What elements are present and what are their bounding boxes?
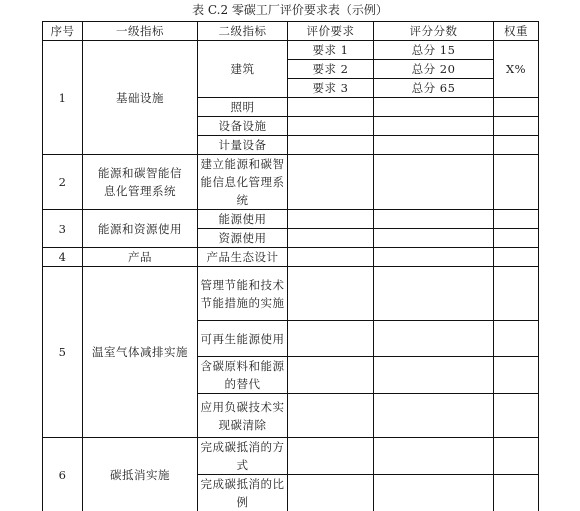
row-weight bbox=[494, 394, 539, 438]
header-score: 评分分数 bbox=[374, 22, 494, 41]
row-weight bbox=[494, 267, 539, 321]
row-level2: 可再生能源使用 bbox=[198, 321, 288, 357]
row-level1: 产品 bbox=[83, 248, 198, 267]
table-caption: 表 C.2 零碳工厂评价要求表（示例） bbox=[0, 2, 580, 18]
row-score bbox=[374, 248, 494, 267]
row-score bbox=[374, 136, 494, 155]
row-requirement: 要求 3 bbox=[288, 79, 374, 98]
row-requirement bbox=[288, 475, 374, 511]
row-level2: 含碳原料和能源的替代 bbox=[198, 357, 288, 394]
row-requirement bbox=[288, 248, 374, 267]
row-requirement bbox=[288, 394, 374, 438]
header-level1: 一级指标 bbox=[83, 22, 198, 41]
row-weight bbox=[494, 357, 539, 394]
row-level1: 碳抵消实施 bbox=[83, 438, 198, 511]
row-level2: 设备设施 bbox=[198, 117, 288, 136]
row-weight bbox=[494, 210, 539, 229]
row-score: 总分 65 bbox=[374, 79, 494, 98]
row-level2: 产品生态设计 bbox=[198, 248, 288, 267]
row-score bbox=[374, 267, 494, 321]
row-score bbox=[374, 155, 494, 210]
row-level1: 能源和碳智能信息化管理系统 bbox=[83, 155, 198, 210]
row-level2: 能源使用 bbox=[198, 210, 288, 229]
row-no: 1 bbox=[43, 41, 83, 155]
row-weight bbox=[494, 321, 539, 357]
row-no: 2 bbox=[43, 155, 83, 210]
row-score: 总分 20 bbox=[374, 60, 494, 79]
table-row: 5 温室气体减排实施 管理节能和技术节能措施的实施 bbox=[43, 267, 539, 321]
row-requirement bbox=[288, 155, 374, 210]
row-score bbox=[374, 98, 494, 117]
table-row: 4 产品 产品生态设计 bbox=[43, 248, 539, 267]
table-row: 3 能源和资源使用 能源使用 bbox=[43, 210, 539, 229]
row-level2: 建筑 bbox=[198, 41, 288, 98]
evaluation-requirements-table: 序号 一级指标 二级指标 评价要求 评分分数 权重 1 基础设施 建筑 要求 1… bbox=[42, 21, 539, 511]
row-requirement bbox=[288, 136, 374, 155]
row-weight bbox=[494, 155, 539, 210]
row-weight bbox=[494, 117, 539, 136]
row-level2: 完成碳抵消的方式 bbox=[198, 438, 288, 475]
row-weight bbox=[494, 438, 539, 475]
row-weight: X% bbox=[494, 41, 539, 98]
row-score bbox=[374, 357, 494, 394]
row-requirement bbox=[288, 117, 374, 136]
row-weight bbox=[494, 475, 539, 511]
header-level2: 二级指标 bbox=[198, 22, 288, 41]
row-level1: 温室气体减排实施 bbox=[83, 267, 198, 438]
row-weight bbox=[494, 98, 539, 117]
row-level1: 基础设施 bbox=[83, 41, 198, 155]
row-requirement bbox=[288, 321, 374, 357]
row-no: 3 bbox=[43, 210, 83, 248]
row-weight bbox=[494, 136, 539, 155]
row-requirement bbox=[288, 267, 374, 321]
row-level2: 照明 bbox=[198, 98, 288, 117]
row-score bbox=[374, 475, 494, 511]
row-score bbox=[374, 438, 494, 475]
row-requirement bbox=[288, 438, 374, 475]
row-weight bbox=[494, 229, 539, 248]
row-weight bbox=[494, 248, 539, 267]
row-level2: 完成碳抵消的比例 bbox=[198, 475, 288, 511]
table-continuation-right bbox=[538, 504, 539, 507]
table-row: 6 碳抵消实施 完成碳抵消的方式 bbox=[43, 438, 539, 475]
header-row: 序号 一级指标 二级指标 评价要求 评分分数 权重 bbox=[43, 22, 539, 41]
row-level2: 资源使用 bbox=[198, 229, 288, 248]
row-level2: 管理节能和技术节能措施的实施 bbox=[198, 267, 288, 321]
row-score bbox=[374, 321, 494, 357]
table-row: 1 基础设施 建筑 要求 1 总分 15 X% bbox=[43, 41, 539, 60]
row-requirement bbox=[288, 229, 374, 248]
row-no: 5 bbox=[43, 267, 83, 438]
row-no: 4 bbox=[43, 248, 83, 267]
row-score bbox=[374, 229, 494, 248]
row-level2: 计量设备 bbox=[198, 136, 288, 155]
header-weight: 权重 bbox=[494, 22, 539, 41]
header-requirement: 评价要求 bbox=[288, 22, 374, 41]
row-no: 6 bbox=[43, 438, 83, 511]
row-requirement: 要求 1 bbox=[288, 41, 374, 60]
row-requirement: 要求 2 bbox=[288, 60, 374, 79]
row-score bbox=[374, 394, 494, 438]
row-score: 总分 15 bbox=[374, 41, 494, 60]
table-continuation-left bbox=[42, 504, 43, 511]
row-requirement bbox=[288, 357, 374, 394]
row-level2: 应用负碳技术实现碳清除 bbox=[198, 394, 288, 438]
header-no: 序号 bbox=[43, 22, 83, 41]
row-requirement bbox=[288, 98, 374, 117]
row-level2: 建立能源和碳智能信息化管理系统 bbox=[198, 155, 288, 210]
row-score bbox=[374, 117, 494, 136]
row-requirement bbox=[288, 210, 374, 229]
table-row: 2 能源和碳智能信息化管理系统 建立能源和碳智能信息化管理系统 bbox=[43, 155, 539, 210]
row-score bbox=[374, 210, 494, 229]
row-level1: 能源和资源使用 bbox=[83, 210, 198, 248]
